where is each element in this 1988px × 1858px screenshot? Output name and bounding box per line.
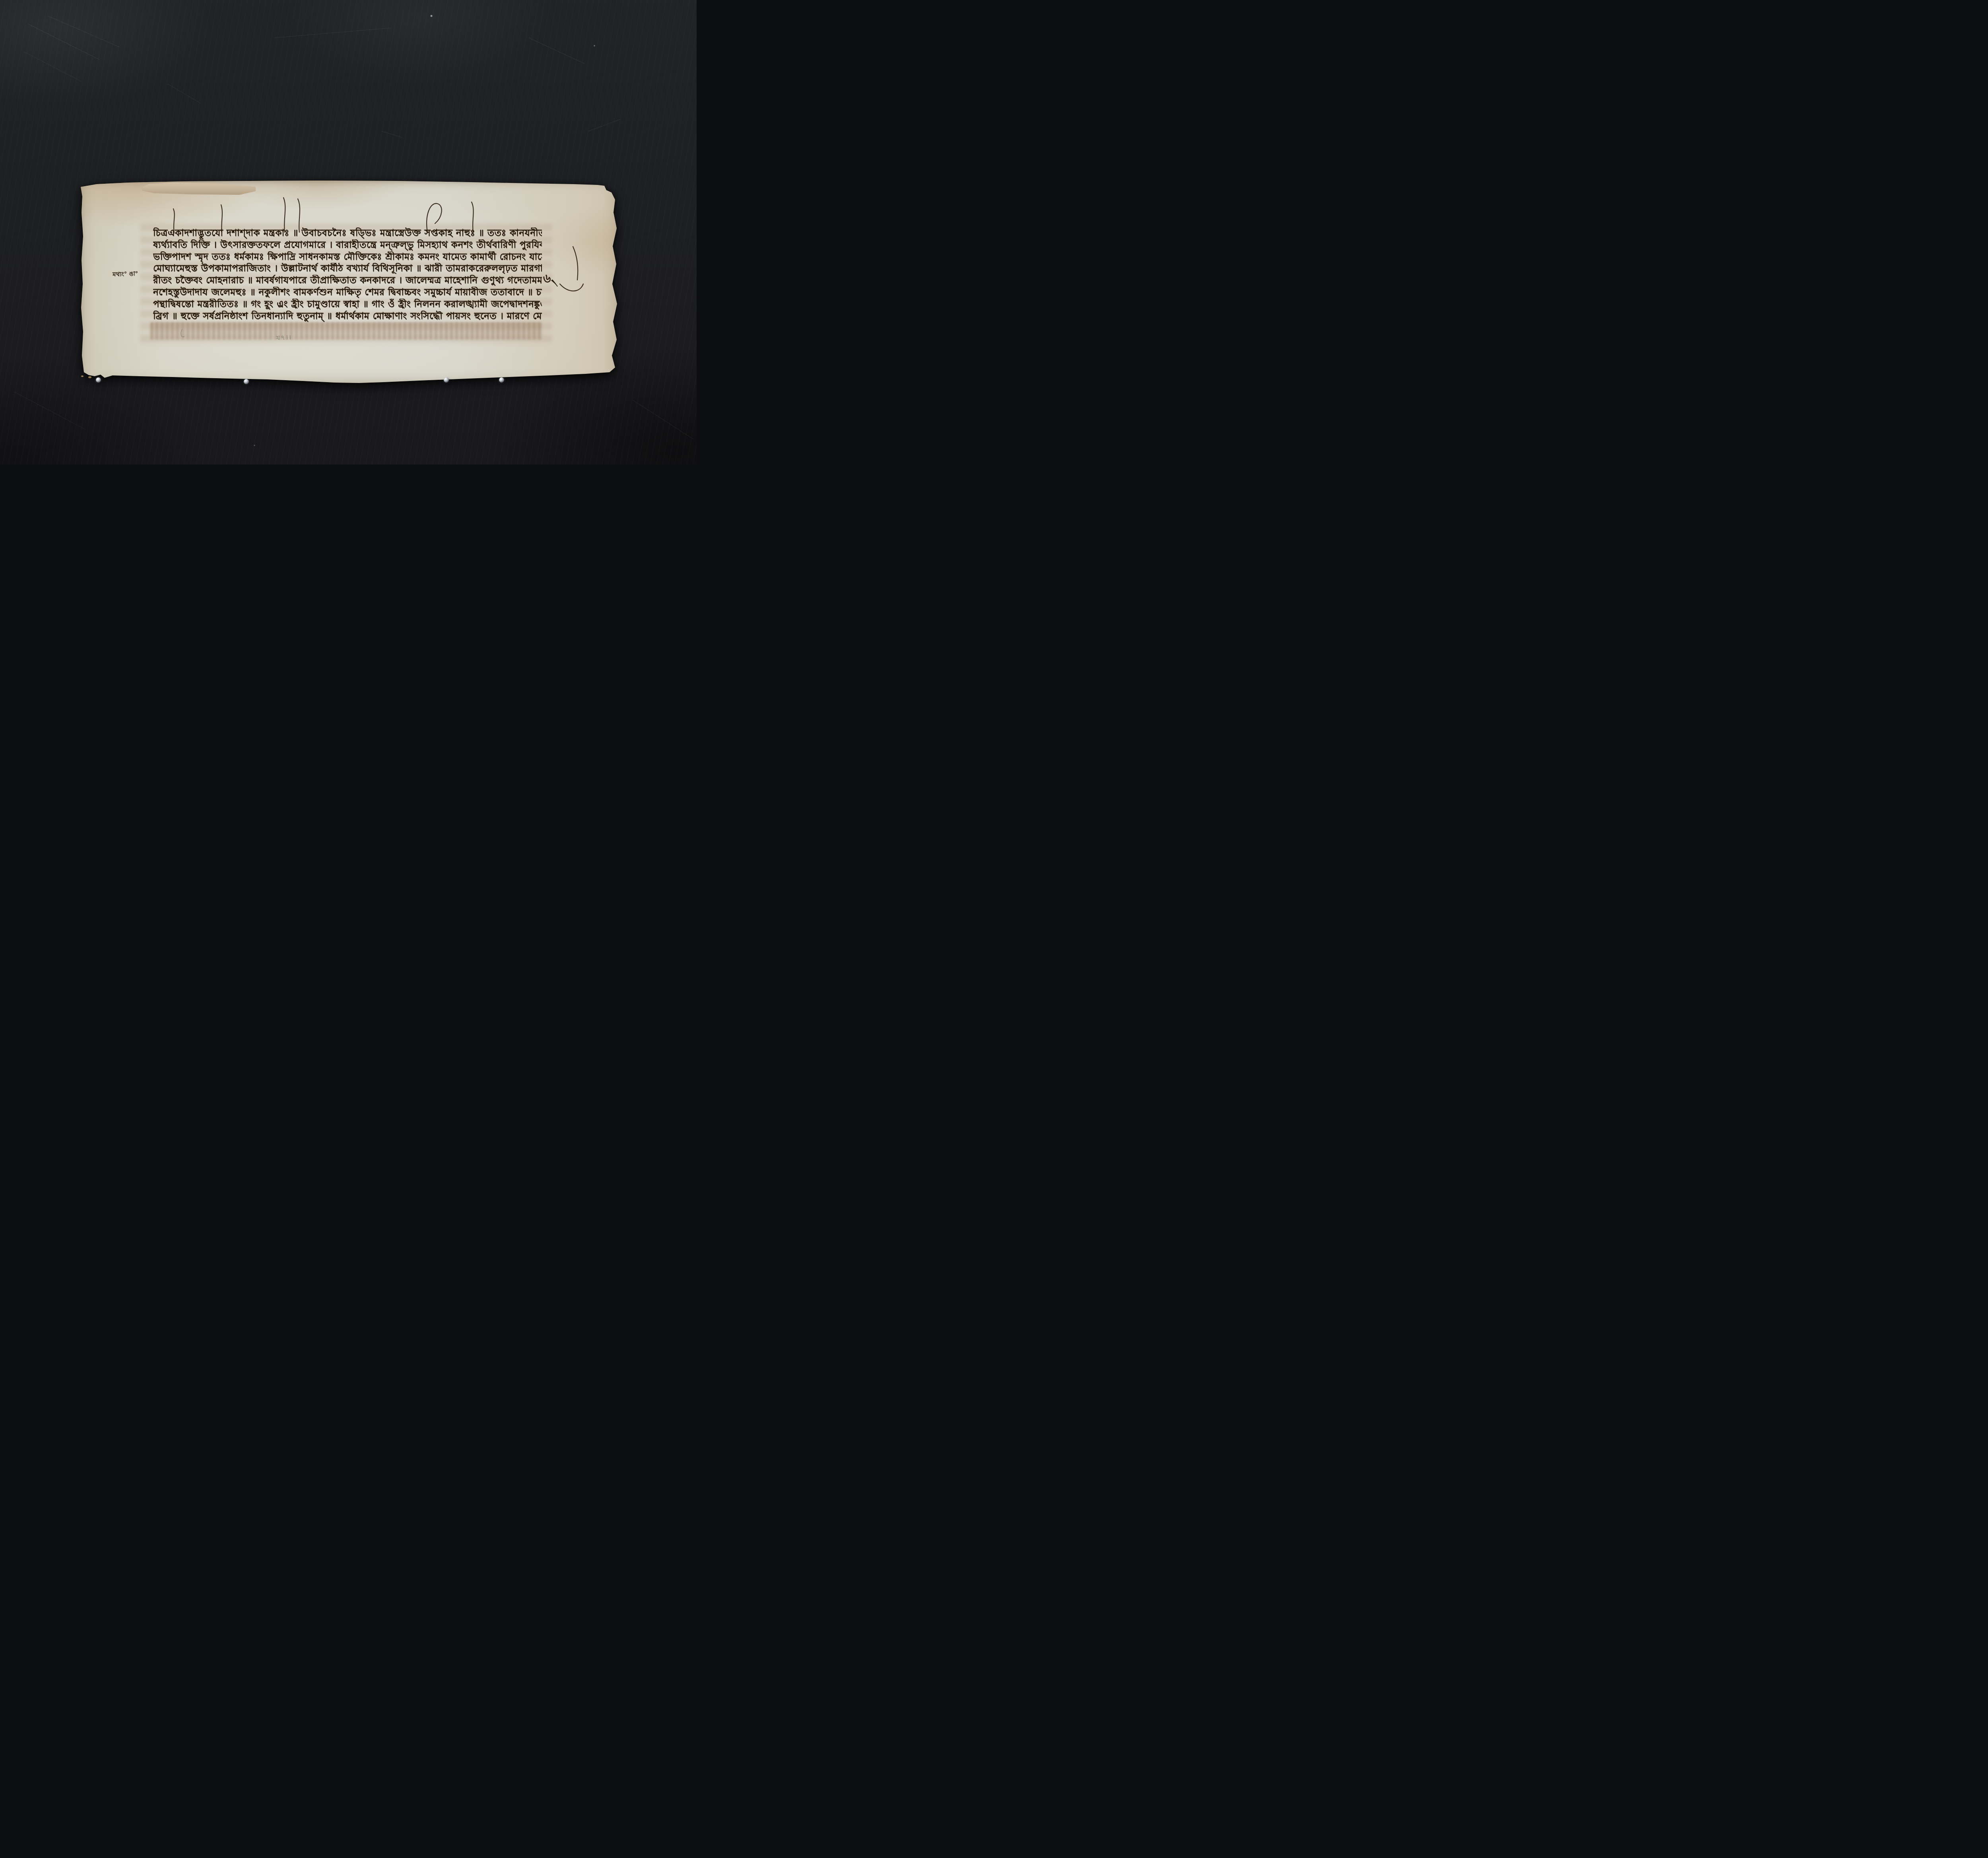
text-line-5: রীতং চক্তৈবং মোহনারাচ ॥ মাবর্ষগাযপারে তী… [153,275,542,287]
pin-glint [88,376,91,378]
bleed-through-band [150,322,542,340]
text-line-4: মোঘ্যামেহুস্ত উপকামাপরাজিতাং । উল্লাটনার… [153,263,542,275]
push-pin-4 [499,377,504,383]
handwritten-text-block: চিত্রএকাদশাদ্ভুতযো দশাশ্দাক মন্ত্রকাঃ ॥ … [153,227,542,322]
pencil-annotation: য৭।। [276,332,292,344]
left-margin-note: মথ্যং° ঙা° [113,269,138,280]
push-pin-3 [444,377,449,383]
top-edge-fold-crease [140,183,256,195]
text-line-3: ভক্তিপাদশ স্মৃদ ততঃ ধর্মকামঃ ক্ষিপাদ্রি … [153,251,542,263]
text-line-7: পন্থাদ্বিষন্তো মন্ত্ররীতিতঃ ॥ গং হূং এ্র… [153,299,542,311]
push-pin-2 [244,379,249,384]
paper-sheet: চিত্রএকাদশাদ্ভুতযো দশাশ্দাক মন্ত্রকাঃ ॥ … [81,181,619,383]
photograph: চিত্রএকাদশাদ্ভুতযো দশাশ্দাক মন্ত্রকাঃ ॥ … [0,0,697,464]
manuscript-page: চিত্রএকাদশাদ্ভুতযো দশাশ্দাক মন্ত্রকাঃ ॥ … [81,181,619,383]
push-pin-1 [96,377,101,383]
text-line-6: নশেহস্তুউদাদায জলেমহুঃ ॥ নকুলীশং বামকর্ণ… [153,287,542,299]
text-line-1: চিত্রএকাদশাদ্ভুতযো দশাশ্দাক মন্ত্রকাঃ ॥ … [153,227,542,239]
pin-glint [81,375,83,377]
text-line-8: ব্রিগ ॥ হুক্তে সর্ষপ্রনিষ্ঠাংশ তিনধান্যা… [153,311,542,323]
folio-number: ৬৲ [543,269,558,289]
text-line-2: ষ্যর্থ্যাবতি দিক্তি । উৎসারক্ততফলে প্রযো… [153,239,542,251]
